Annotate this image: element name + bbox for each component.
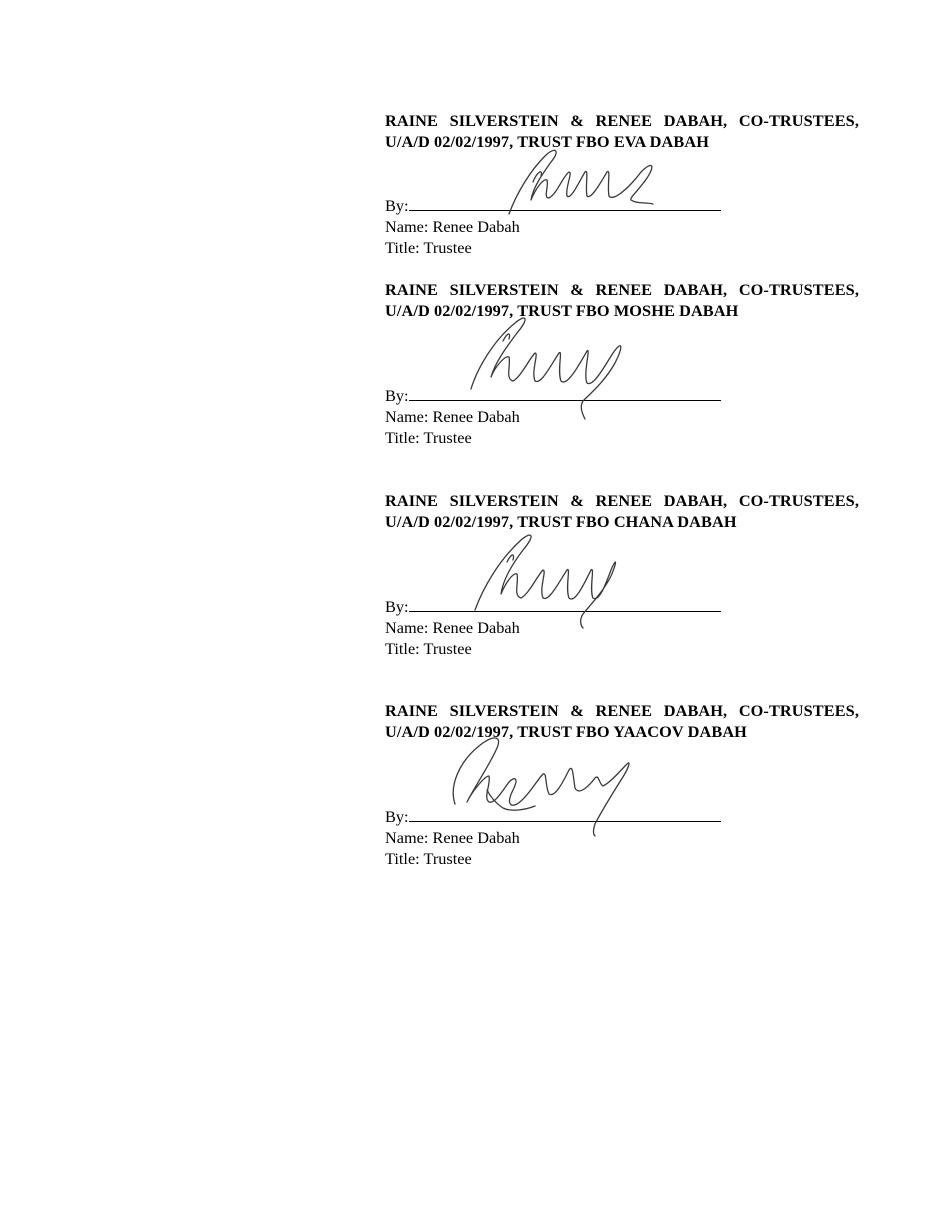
- signer-title: Title: Trustee: [385, 427, 472, 448]
- signature-line: [409, 195, 721, 211]
- by-label: By:: [385, 385, 409, 406]
- by-line: By:: [385, 385, 721, 406]
- signer-name: Name: Renee Dabah: [385, 827, 520, 848]
- by-line: By:: [385, 806, 721, 827]
- by-label: By:: [385, 596, 409, 617]
- by-label: By:: [385, 195, 409, 216]
- signature-block-yaacov: RAINE SILVERSTEIN & RENEE DABAH, CO-TRUS…: [385, 700, 859, 742]
- by-line: By:: [385, 596, 721, 617]
- signer-title: Title: Trustee: [385, 848, 472, 869]
- trust-heading: RAINE SILVERSTEIN & RENEE DABAH, CO-TRUS…: [385, 490, 859, 532]
- signer-name: Name: Renee Dabah: [385, 406, 520, 427]
- signer-title: Title: Trustee: [385, 237, 472, 258]
- signer-name: Name: Renee Dabah: [385, 216, 520, 237]
- signature-line: [409, 596, 721, 612]
- trust-heading: RAINE SILVERSTEIN & RENEE DABAH, CO-TRUS…: [385, 110, 859, 152]
- signer-title: Title: Trustee: [385, 638, 472, 659]
- document-page: RAINE SILVERSTEIN & RENEE DABAH, CO-TRUS…: [0, 0, 928, 1208]
- by-label: By:: [385, 806, 409, 827]
- trust-heading: RAINE SILVERSTEIN & RENEE DABAH, CO-TRUS…: [385, 700, 859, 742]
- signature-line: [409, 385, 721, 401]
- signer-name: Name: Renee Dabah: [385, 617, 520, 638]
- signature-block-moshe: RAINE SILVERSTEIN & RENEE DABAH, CO-TRUS…: [385, 279, 859, 321]
- signature-block-eva: RAINE SILVERSTEIN & RENEE DABAH, CO-TRUS…: [385, 110, 859, 152]
- trust-heading: RAINE SILVERSTEIN & RENEE DABAH, CO-TRUS…: [385, 279, 859, 321]
- signature-block-chana: RAINE SILVERSTEIN & RENEE DABAH, CO-TRUS…: [385, 490, 859, 532]
- by-line: By:: [385, 195, 721, 216]
- signature-line: [409, 806, 721, 822]
